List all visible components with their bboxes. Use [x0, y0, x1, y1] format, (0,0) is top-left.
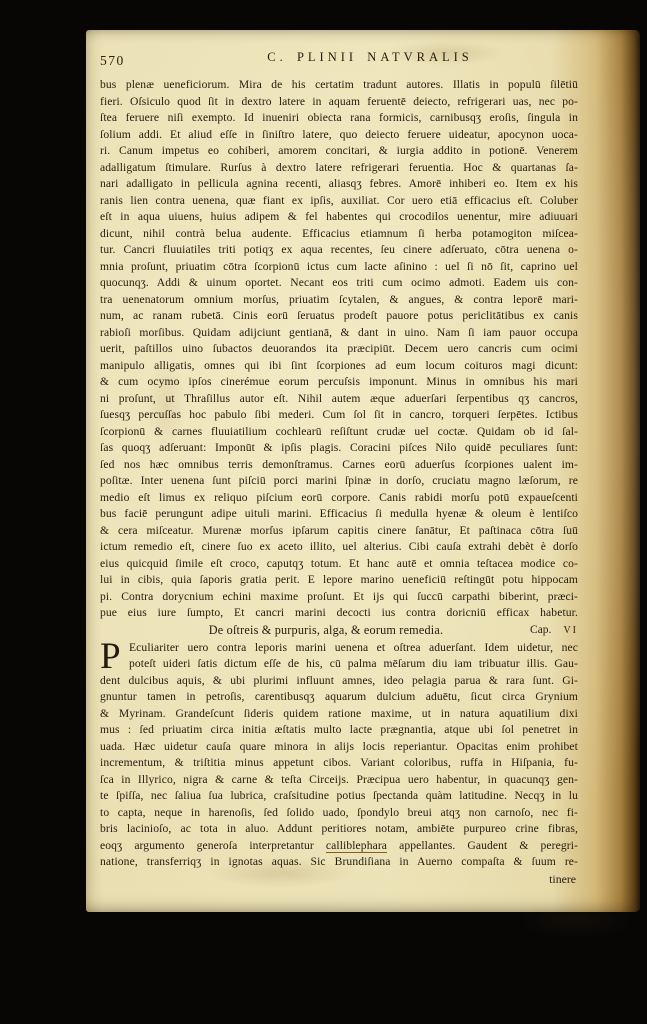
chapter-number-label: Cap.VI	[530, 622, 578, 640]
text-line: poteſt uideri ſatis dictum eſſe de his, …	[100, 656, 578, 673]
text-line: & Myrinam. Grandeſcunt ſideris quidem ra…	[100, 706, 578, 723]
text-line: incrementum, & triſtitia minus appetunt …	[100, 755, 578, 772]
text-line: pue eius iure ſumpto, Et cancri marini d…	[100, 605, 578, 622]
text-line: ſcorpionū & carnes fluuiatilium cochlear…	[100, 424, 578, 441]
text-line: pi. Contra dorycnium echini maxime proſu…	[100, 589, 578, 606]
text-line: gnuntur tamen in petroſis, carentibusqʒ …	[100, 689, 578, 706]
text-line: mnia proſunt, priuatim cōtra ſcorpionū i…	[100, 259, 578, 276]
text-line: lui in cibis, quia ſaporis gratia perit.…	[100, 572, 578, 589]
text-line: ſtea feruere niſi exempto. Id inueniri o…	[100, 110, 578, 127]
text-line: ictum remedio eſt, cinere ſuo ex aceto i…	[100, 539, 578, 556]
cap-numeral: VI	[563, 625, 578, 636]
text-line: dent dulcibus aquis, & ubi plurimi influ…	[100, 673, 578, 690]
foxing-stain	[516, 900, 636, 940]
text-line: adalligatum ſtimulare. Rurſus à dextro l…	[100, 160, 578, 177]
chapter-heading: De oſtreis & purpuris, alga, & eorum rem…	[100, 622, 578, 640]
running-header: C. PLINII NATVRALIS	[100, 50, 626, 65]
text-line: manipulo alligatis, omnes qui ibi ſint ſ…	[100, 358, 578, 375]
text-line: & cera miſceatur. Murenæ morſus ipſarum …	[100, 523, 578, 540]
text-line: tur. Cancri fluuiatiles triti potiqʒ ex …	[100, 242, 578, 259]
chapter-heading-title: De oſtreis & purpuris, alga, & eorum rem…	[209, 623, 443, 637]
text-line: dicunt, nihil contrà belua audente. Effi…	[100, 226, 578, 243]
text-line: ſuesqʒ percuſſas hoc pabulo ſibi mederi.…	[100, 407, 578, 424]
text-line: ni proſunt, ut Thraſillus autor eſt. Nih…	[100, 391, 578, 408]
text-line: ſolium addi. Et aliud eſſe in ſiniſtro l…	[100, 127, 578, 144]
text-line: tra uenenatorum omnium morſus, priuatim …	[100, 292, 578, 309]
text-line: mus : ſed priuatim circa initia æſtatis …	[100, 722, 578, 739]
text-line: medio eſt limus ex reliquo piſcium eorū …	[100, 490, 578, 507]
text-line: Eculiariter uero contra leporis marini u…	[100, 640, 578, 657]
text-line: natione, transferriqʒ in ignotas aquas. …	[100, 854, 578, 871]
text-line: rabioſi morſibus. Quidam adijciunt genti…	[100, 325, 578, 342]
text-line: eius quicquid ſimile eſt croco, caputqʒ …	[100, 556, 578, 573]
ink-underlined-word: calliblephara	[326, 839, 387, 853]
text-line: & cum ocymo ipſos cinerémue eorum percuſ…	[100, 374, 578, 391]
text-line: eſt in aqua uiuens, huius adipem & fel h…	[100, 209, 578, 226]
text-line: num, ac ranam rubetā. Cinis eorū ſeruatu…	[100, 308, 578, 325]
text-line: te ſpiſſa, nec ſaliua ſua lubrica, craſs…	[100, 788, 578, 805]
text-line: bus faciē perungunt adipe uituli marini.…	[100, 506, 578, 523]
text-line: to capta, neque in harenoſis, ſed ſolido…	[100, 805, 578, 822]
text-block-chapter5: bus plenæ ueneficiorum. Mira de his cert…	[100, 77, 578, 622]
catchword: tinere	[100, 871, 578, 887]
text-column: bus plenæ ueneficiorum. Mira de his cert…	[100, 77, 578, 887]
text-line: uerit, paſtillos uino ſubactos deuorando…	[100, 341, 578, 358]
text-line: ſed nos hæc omnibus terris demonſtramus.…	[100, 457, 578, 474]
text-line: uada. Hæc uidetur cauſa quare minora in …	[100, 739, 578, 756]
text-line: bus plenæ ueneficiorum. Mira de his cert…	[100, 77, 578, 94]
text-line: bris lacinioſo, ac tota in aluo. Addunt …	[100, 821, 578, 838]
text-line: ſas quoqʒ adſeruant: Imponūt & ipſis pla…	[100, 440, 578, 457]
text-line: ranis lien contra uenena, quæ fiant ex i…	[100, 193, 578, 210]
text-line: nari adalligato in pellicula agnina rece…	[100, 176, 578, 193]
page-number: 570	[100, 53, 125, 69]
cap-word: Cap.	[530, 624, 551, 636]
text-line: eoqʒ argumento generoſa interpretantur c…	[100, 838, 578, 855]
page-header: 570 C. PLINII NATVRALIS	[100, 50, 626, 72]
paper-page: 570 C. PLINII NATVRALIS bus plenæ uenefi…	[86, 30, 640, 912]
text-block-chapter6: P Eculiariter uero contra leporis marini…	[100, 640, 578, 871]
text-line: quocunqʒ. Addi & uinum oportet. Necant e…	[100, 275, 578, 292]
text-line: poſitæ. Inter uenena ſunt piſciū porci m…	[100, 473, 578, 490]
text-line: fieri. Oſsiculo quod ſit in dextro later…	[100, 94, 578, 111]
text-line: ſca in Illyrico, nigra & carne & teſta C…	[100, 772, 578, 789]
text-line: ri. Canum impetus eo cohiberi, amorem co…	[100, 143, 578, 160]
scanned-book-page: 570 C. PLINII NATVRALIS bus plenæ uenefi…	[0, 0, 647, 1024]
